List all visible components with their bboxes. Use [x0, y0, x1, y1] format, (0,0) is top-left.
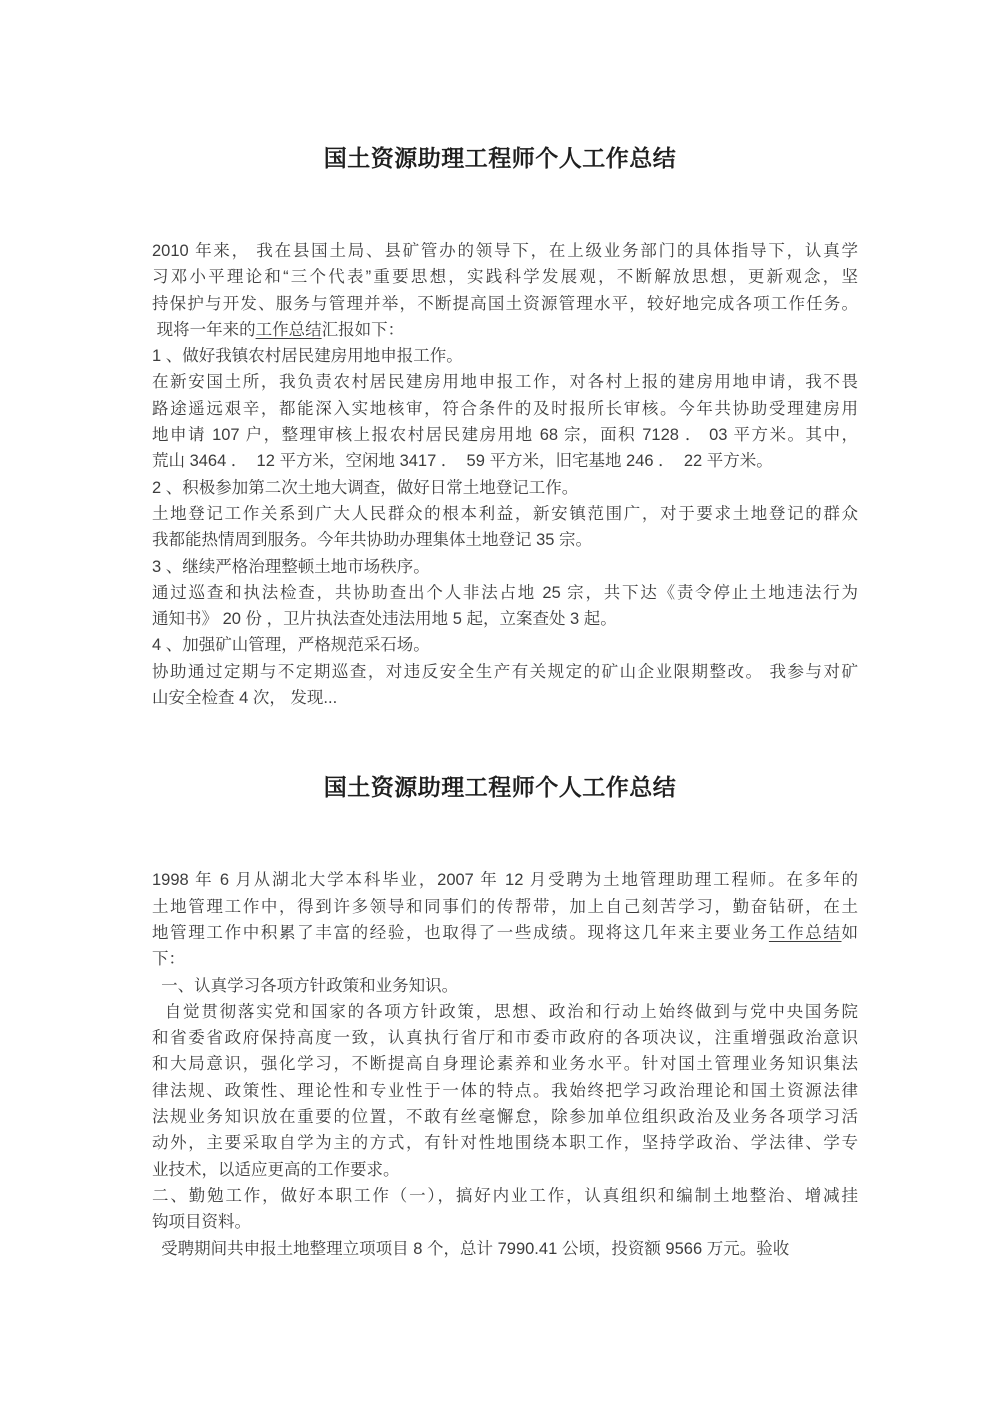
- text-line: 1998 年 6 月从湖北大学本科毕业，2007 年 12 月受聘为土地管理助理…: [152, 867, 858, 893]
- text-line: 业技术，以适应更高的工作要求。: [152, 1157, 858, 1183]
- text-line: 自觉贯彻落实党和国家的各项方针政策，思想、政治和行动上始终做到与党中央国务院: [152, 999, 858, 1025]
- text-line: 路途遥远艰辛，都能深入实地核审，符合条件的及时报所长审核。今年共协助受理建房用: [152, 396, 858, 422]
- document-page: 国土资源助理工程师个人工作总结 2010 年来， 我在县国土局、县矿管办的领导下…: [0, 0, 1000, 1415]
- work-summary-link[interactable]: 工作总结: [769, 924, 842, 942]
- text-line: 2 、积极参加第二次土地大调查，做好日常土地登记工作。: [152, 475, 858, 501]
- text-line: 1 、做好我镇农村居民建房用地申报工作。: [152, 343, 858, 369]
- text-line: 荒山 3464 ． 12 平方米，空闲地 3417 ． 59 平方米，旧宅基地 …: [152, 448, 858, 474]
- text-line: 现将一年来的工作总结汇报如下：: [152, 317, 858, 343]
- line-text: 现将一年来的: [152, 321, 256, 339]
- line-text: 汇报如下：: [322, 321, 405, 339]
- text-line: 土地登记工作关系到广大人民群众的根本利益，新安镇范围广，对于要求土地登记的群众: [152, 501, 858, 527]
- text-line: 和省委省政府保持高度一致，认真执行省厅和市委市政府的各项决议，注重增强政治意识: [152, 1025, 858, 1051]
- work-summary-link[interactable]: 工作总结: [256, 321, 322, 339]
- text-line: 在新安国土所，我负责农村居民建房用地申报工作，对各村上报的建房用地申请，我不畏: [152, 369, 858, 395]
- text-line: 协助通过定期与不定期巡查，对违反安全生产有关规定的矿山企业限期整改。 我参与对矿: [152, 659, 858, 685]
- text-line: 2010 年来， 我在县国土局、县矿管办的领导下，在上级业务部门的具体指导下，认…: [152, 238, 858, 264]
- text-line: 持保护与开发、服务与管理并举，不断提高国土资源管理水平，较好地完成各项工作任务。: [152, 291, 858, 317]
- document-body: 1998 年 6 月从湖北大学本科毕业，2007 年 12 月受聘为土地管理助理…: [152, 867, 858, 1261]
- line-text: 如: [842, 924, 859, 942]
- text-line: 二、勤勉工作，做好本职工作（一），搞好内业工作，认真组织和编制土地整治、增减挂: [152, 1183, 858, 1209]
- text-line: 通知书》 20 份 ，卫片执法查处违法用地 5 起，立案查处 3 起。: [152, 606, 858, 632]
- text-line: 我都能热情周到服务。今年共协助办理集体土地登记 35 宗。: [152, 527, 858, 553]
- document-body: 2010 年来， 我在县国土局、县矿管办的领导下，在上级业务部门的具体指导下，认…: [152, 238, 858, 711]
- text-line: 受聘期间共申报土地整理立项项目 8 个，总计 7990.41 公顷，投资额 95…: [152, 1236, 858, 1262]
- document-title: 国土资源助理工程师个人工作总结: [0, 142, 1000, 175]
- text-line: 土地管理工作中，得到许多领导和同事们的传帮带，加上自己刻苦学习，勤奋钻研，在土: [152, 894, 858, 920]
- document-title: 国土资源助理工程师个人工作总结: [0, 771, 1000, 804]
- text-line: 一、认真学习各项方针政策和业务知识。: [152, 973, 858, 999]
- text-line: 通过巡查和执法检查，共协助查出个人非法占地 25 宗，共下达《责令停止土地违法行…: [152, 580, 858, 606]
- text-line: 地申请 107 户，整理审核上报农村居民建房用地 68 宗，面积 7128 ． …: [152, 422, 858, 448]
- text-line: 和大局意识，强化学习，不断提高自身理论素养和业务水平。针对国土管理业务知识集法: [152, 1051, 858, 1077]
- text-line: 法规业务知识放在重要的位置，不敢有丝毫懈怠，除参加单位组织政治及业务各项学习活: [152, 1104, 858, 1130]
- text-line: 习邓小平理论和“三个代表”重要思想，实践科学发展观，不断解放思想，更新观念，坚: [152, 264, 858, 290]
- line-text: 地管理工作中积累了丰富的经验，也取得了一些成绩。现将这几年来主要业务: [152, 924, 769, 942]
- text-line: 动外，主要采取自学为主的方式，有针对性地围绕本职工作，坚持学政治、学法律、学专: [152, 1130, 858, 1156]
- text-line: 下：: [152, 946, 858, 972]
- text-line: 律法规、政策性、理论性和专业性于一体的特点。我始终把学习政治理论和国土资源法律: [152, 1078, 858, 1104]
- text-line: 山安全检查 4 次， 发现...: [152, 685, 858, 711]
- text-line: 地管理工作中积累了丰富的经验，也取得了一些成绩。现将这几年来主要业务工作总结如: [152, 920, 858, 946]
- text-line: 钩项目资料。: [152, 1209, 858, 1235]
- text-line: 3 、继续严格治理整顿土地市场秩序。: [152, 554, 858, 580]
- text-line: 4 、加强矿山管理，严格规范采石场。: [152, 632, 858, 658]
